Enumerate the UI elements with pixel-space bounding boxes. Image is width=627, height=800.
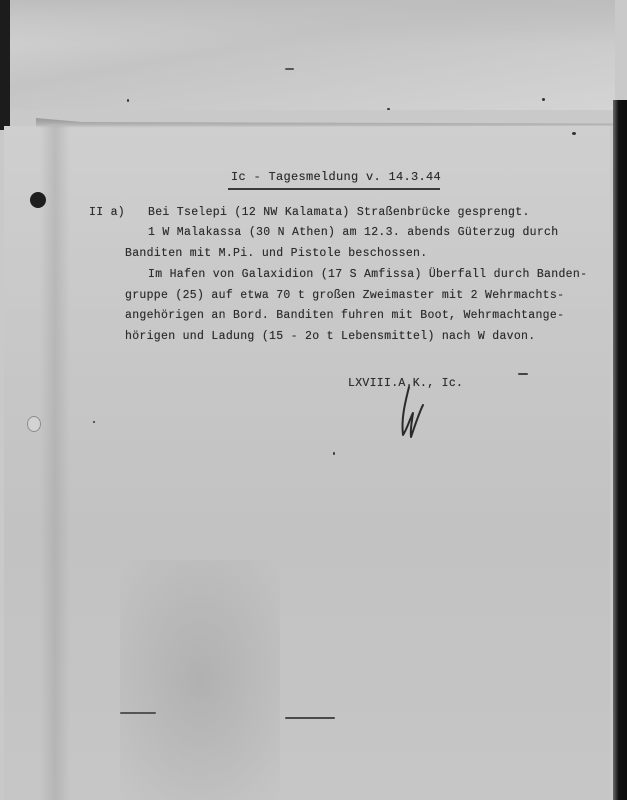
report-line: 1 W Malakassa (30 N Athen) am 12.3. aben… (148, 226, 558, 239)
report-line: angehörigen an Bord. Banditen fuhren mit… (125, 309, 564, 322)
page-smudge (120, 560, 280, 800)
scan-speck (120, 712, 156, 714)
page-crease-shadow (40, 126, 70, 800)
scan-right-border (613, 100, 627, 800)
report-line: Banditen mit M.Pi. und Pistole beschosse… (125, 247, 427, 260)
punch-hole-icon (30, 192, 46, 208)
report-line: Bei Tselepi (12 NW Kalamata) Straßenbrüc… (148, 206, 530, 219)
backing-sheet-shadow (10, 0, 615, 45)
scan-speck (542, 98, 545, 101)
scan-speck (387, 108, 390, 110)
scan-speck (285, 68, 294, 70)
report-line: hörigen und Ladung (15 - 2o t Lebensmitt… (125, 330, 535, 343)
section-label: II a) (89, 206, 125, 219)
scan-speck (518, 373, 528, 375)
title-underline (228, 188, 440, 190)
punch-hole-ring-icon (27, 416, 41, 432)
document-title: Ic - Tagesmeldung v. 14.3.44 (231, 170, 441, 184)
scan-speck (285, 717, 335, 719)
handwritten-signature-icon (395, 385, 431, 440)
scan-speck (93, 421, 95, 423)
scan-speck (333, 452, 335, 455)
report-line: gruppe (25) auf etwa 70 t großen Zweimas… (125, 289, 564, 302)
scan-left-border (0, 0, 10, 130)
scan-speck (127, 99, 129, 102)
report-line: Im Hafen von Galaxidion (17 S Amfissa) Ü… (148, 268, 587, 281)
scan-speck (572, 132, 576, 135)
